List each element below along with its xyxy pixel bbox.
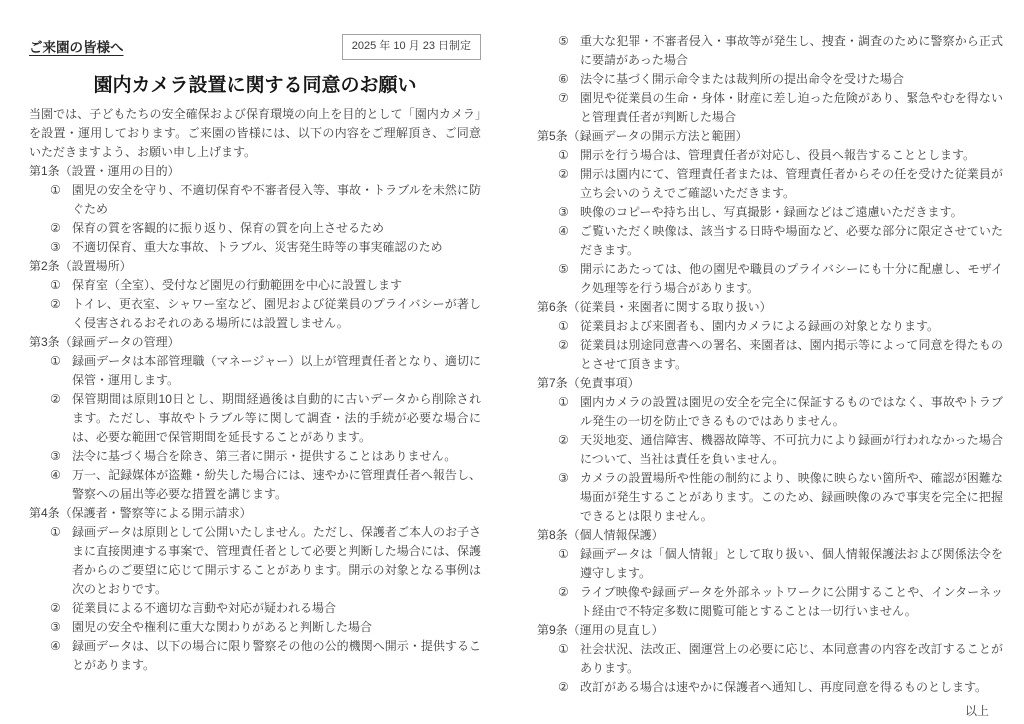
- item-number-marker: ③: [50, 618, 72, 637]
- item-number-marker: ②: [50, 219, 72, 238]
- page-title: 園内カメラ設置に関する同意のお願い: [29, 74, 481, 98]
- article-item: ⑥法令に基づく開示命令または裁判所の提出命令を受けた場合: [537, 70, 1003, 89]
- item-text: 従業員は別途同意書への署名、来園者は、園内掲示等によって同意を得たものとさせて頂…: [580, 336, 1003, 374]
- item-text: 録画データは本部管理職（マネージャー）以上が管理責任者となり、適切に保管・運用し…: [72, 352, 481, 390]
- item-text: 改訂がある場合は速やかに保護者へ通知し、再度同意を得るものとします。: [580, 678, 1003, 697]
- article-item: ③映像のコピーや持ち出し、写真撮影・録画などはご遠慮いただきます。: [537, 203, 1003, 222]
- article-heading: 第6条（従業員・来園者に関する取り扱い）: [537, 298, 1003, 317]
- item-text: 園内カメラの設置は園児の安全を完全に保証するものではなく、事故やトラブル発生の一…: [580, 393, 1003, 431]
- item-number-marker: ①: [50, 352, 72, 390]
- item-number-marker: ③: [558, 203, 580, 222]
- article-item: ③法令に基づく場合を除き、第三者に開示・提供することはありません。: [29, 447, 481, 466]
- item-text: 園児の安全や権利に重大な関わりがあると判断した場合: [72, 618, 481, 637]
- article-item: ③不適切保育、重大な事故、トラブル、災害発生時等の事実確認のため: [29, 238, 481, 257]
- article-item: ④ご覧いただく映像は、該当する日時や場面など、必要な部分に限定させていただきます…: [537, 222, 1003, 260]
- item-number-marker: ②: [50, 599, 72, 618]
- article-item: ②保管期間は原則10日とし、期間経過後は自動的に古いデータから削除されます。ただ…: [29, 390, 481, 447]
- article-item: ⑤開示にあたっては、他の園児や職員のプライバシーにも十分に配慮し、モザイク処理等…: [537, 260, 1003, 298]
- article-item: ①従業員および来園者も、園内カメラによる録画の対象となります。: [537, 317, 1003, 336]
- item-text: 従業員および来園者も、園内カメラによる録画の対象となります。: [580, 317, 1003, 336]
- item-number-marker: ②: [558, 431, 580, 469]
- article-heading: 第4条（保護者・警察等による開示請求）: [29, 504, 481, 523]
- item-number-marker: ①: [558, 317, 580, 336]
- item-number-marker: ①: [558, 393, 580, 431]
- left-column: ご来園の皆様へ 2025 年 10 月 23 日制定 園内カメラ設置に関する同意…: [29, 34, 481, 675]
- item-text: 保管期間は原則10日とし、期間経過後は自動的に古いデータから削除されます。ただし…: [72, 390, 481, 447]
- document-header: ご来園の皆様へ 2025 年 10 月 23 日制定: [29, 34, 481, 60]
- item-text: 保育の質を客観的に振り返り、保育の質を向上させるため: [72, 219, 481, 238]
- article-heading: 第3条（録画データの管理）: [29, 333, 481, 352]
- item-text: 保育室（全室）、受付など園児の行動範囲を中心に設置します: [72, 276, 481, 295]
- article-item: ①園内カメラの設置は園児の安全を完全に保証するものではなく、事故やトラブル発生の…: [537, 393, 1003, 431]
- item-text: ライブ映像や録画データを外部ネットワークに公開することや、インターネット経由で不…: [580, 583, 1003, 621]
- item-text: カメラの設置場所や性能の制約により、映像に映らない箇所や、確認が困難な場面が発生…: [580, 469, 1003, 526]
- item-number-marker: ①: [50, 181, 72, 219]
- article-item: ①録画データは原則として公開いたしません。ただし、保護者ご本人のお子さまに直接関…: [29, 523, 481, 599]
- item-text: 録画データは、以下の場合に限り警察その他の公的機関へ開示・提供することがあります…: [72, 637, 481, 675]
- item-number-marker: ③: [50, 238, 72, 257]
- item-text: 開示を行う場合は、管理責任者が対応し、役員へ報告することとします。: [580, 146, 1003, 165]
- article-item: ②保育の質を客観的に振り返り、保育の質を向上させるため: [29, 219, 481, 238]
- article-heading: 第1条（設置・運用の目的）: [29, 162, 481, 181]
- article-item: ⑦園児や従業員の生命・身体・財産に差し迫った危険があり、緊急やむを得ないと管理責…: [537, 89, 1003, 127]
- item-text: 映像のコピーや持ち出し、写真撮影・録画などはご遠慮いただきます。: [580, 203, 1003, 222]
- article-item: ①保育室（全室）、受付など園児の行動範囲を中心に設置します: [29, 276, 481, 295]
- article-item: ②従業員は別途同意書への署名、来園者は、園内掲示等によって同意を得たものとさせて…: [537, 336, 1003, 374]
- article-heading: 第8条（個人情報保護）: [537, 526, 1003, 545]
- item-number-marker: ②: [558, 336, 580, 374]
- item-text: 重大な犯罪・不審者侵入・事故等が発生し、捜査・調査のために警察から正式に要請があ…: [580, 32, 1003, 70]
- article-item: ④録画データは、以下の場合に限り警察その他の公的機関へ開示・提供することがありま…: [29, 637, 481, 675]
- item-number-marker: ⑥: [558, 70, 580, 89]
- item-number-marker: ⑤: [558, 260, 580, 298]
- article-item: ②開示は園内にて、管理責任者または、管理責任者からその任を受けた従業員が立ち会い…: [537, 165, 1003, 203]
- item-text: 録画データは原則として公開いたしません。ただし、保護者ご本人のお子さまに直接関連…: [72, 523, 481, 599]
- item-number-marker: ⑦: [558, 89, 580, 127]
- right-column: ⑤重大な犯罪・不審者侵入・事故等が発生し、捜査・調査のために警察から正式に要請が…: [537, 32, 1003, 721]
- item-number-marker: ②: [50, 390, 72, 447]
- article-item: ②従業員による不適切な言動や対応が疑われる場合: [29, 599, 481, 618]
- item-number-marker: ③: [50, 447, 72, 466]
- item-text: ご覧いただく映像は、該当する日時や場面など、必要な部分に限定させていただきます。: [580, 222, 1003, 260]
- right-articles-container: ⑤重大な犯罪・不審者侵入・事故等が発生し、捜査・調査のために警察から正式に要請が…: [537, 32, 1003, 697]
- article-item: ②天災地変、通信障害、機器故障等、不可抗力により録画が行われなかった場合について…: [537, 431, 1003, 469]
- item-text: 園児や従業員の生命・身体・財産に差し迫った危険があり、緊急やむを得ないと管理責任…: [580, 89, 1003, 127]
- article-heading: 第7条（免責事項）: [537, 374, 1003, 393]
- item-text: 不適切保育、重大な事故、トラブル、災害発生時等の事実確認のため: [72, 238, 481, 257]
- item-number-marker: ③: [558, 469, 580, 526]
- item-number-marker: ①: [558, 545, 580, 583]
- item-text: 万一、記録媒体が盗難・紛失した場合には、速やかに管理責任者へ報告し、警察への届出…: [72, 466, 481, 504]
- article-heading: 第2条（設置場所）: [29, 257, 481, 276]
- item-text: 法令に基づく開示命令または裁判所の提出命令を受けた場合: [580, 70, 1003, 89]
- left-articles-container: 第1条（設置・運用の目的）①園児の安全を守り、不適切保育や不審者侵入等、事故・ト…: [29, 162, 481, 675]
- article-item: ①録画データは「個人情報」として取り扱い、個人情報保護法および関係法令を遵守しま…: [537, 545, 1003, 583]
- item-text: 開示は園内にて、管理責任者または、管理責任者からその任を受けた従業員が立ち会いの…: [580, 165, 1003, 203]
- item-text: 園児の安全を守り、不適切保育や不審者侵入等、事故・トラブルを未然に防ぐため: [72, 181, 481, 219]
- article-item: ③カメラの設置場所や性能の制約により、映像に映らない箇所や、確認が困難な場面が発…: [537, 469, 1003, 526]
- item-text: 天災地変、通信障害、機器故障等、不可抗力により録画が行われなかった場合について、…: [580, 431, 1003, 469]
- item-number-marker: ④: [50, 637, 72, 675]
- item-text: 法令に基づく場合を除き、第三者に開示・提供することはありません。: [72, 447, 481, 466]
- item-number-marker: ⑤: [558, 32, 580, 70]
- item-number-marker: ④: [558, 222, 580, 260]
- item-text: トイレ、更衣室、シャワー室など、園児および従業員のプライバシーが著しく侵害される…: [72, 295, 481, 333]
- article-item: ①録画データは本部管理職（マネージャー）以上が管理責任者となり、適切に保管・運用…: [29, 352, 481, 390]
- item-number-marker: ②: [558, 583, 580, 621]
- article-item: ④万一、記録媒体が盗難・紛失した場合には、速やかに管理責任者へ報告し、警察への届…: [29, 466, 481, 504]
- salutation-heading: ご来園の皆様へ: [29, 34, 124, 57]
- item-number-marker: ④: [50, 466, 72, 504]
- closing-text: 以上: [537, 702, 1003, 721]
- article-item: ①開示を行う場合は、管理責任者が対応し、役員へ報告することとします。: [537, 146, 1003, 165]
- item-number-marker: ②: [50, 295, 72, 333]
- intro-paragraph: 当園では、子どもたちの安全確保および保育環境の向上を目的として「園内カメラ」を設…: [29, 105, 481, 162]
- item-text: 録画データは「個人情報」として取り扱い、個人情報保護法および関係法令を遵守します…: [580, 545, 1003, 583]
- item-number-marker: ①: [558, 146, 580, 165]
- item-number-marker: ①: [50, 523, 72, 599]
- item-number-marker: ①: [50, 276, 72, 295]
- article-item: ②ライブ映像や録画データを外部ネットワークに公開することや、インターネット経由で…: [537, 583, 1003, 621]
- item-number-marker: ②: [558, 165, 580, 203]
- consent-document-page: ご来園の皆様へ 2025 年 10 月 23 日制定 園内カメラ設置に関する同意…: [0, 0, 1024, 724]
- article-heading: 第9条（運用の見直し）: [537, 621, 1003, 640]
- enactment-date-stamp: 2025 年 10 月 23 日制定: [342, 34, 481, 60]
- item-text: 開示にあたっては、他の園児や職員のプライバシーにも十分に配慮し、モザイク処理等を…: [580, 260, 1003, 298]
- article-heading: 第5条（録画データの開示方法と範囲）: [537, 127, 1003, 146]
- article-item: ③園児の安全や権利に重大な関わりがあると判断した場合: [29, 618, 481, 637]
- item-number-marker: ①: [558, 640, 580, 678]
- item-text: 社会状況、法改正、園運営上の必要に応じ、本同意書の内容を改訂することがあります。: [580, 640, 1003, 678]
- article-item: ①園児の安全を守り、不適切保育や不審者侵入等、事故・トラブルを未然に防ぐため: [29, 181, 481, 219]
- item-number-marker: ②: [558, 678, 580, 697]
- article-item: ②トイレ、更衣室、シャワー室など、園児および従業員のプライバシーが著しく侵害され…: [29, 295, 481, 333]
- article-item: ②改訂がある場合は速やかに保護者へ通知し、再度同意を得るものとします。: [537, 678, 1003, 697]
- item-text: 従業員による不適切な言動や対応が疑われる場合: [72, 599, 481, 618]
- article-item: ①社会状況、法改正、園運営上の必要に応じ、本同意書の内容を改訂することがあります…: [537, 640, 1003, 678]
- article-item: ⑤重大な犯罪・不審者侵入・事故等が発生し、捜査・調査のために警察から正式に要請が…: [537, 32, 1003, 70]
